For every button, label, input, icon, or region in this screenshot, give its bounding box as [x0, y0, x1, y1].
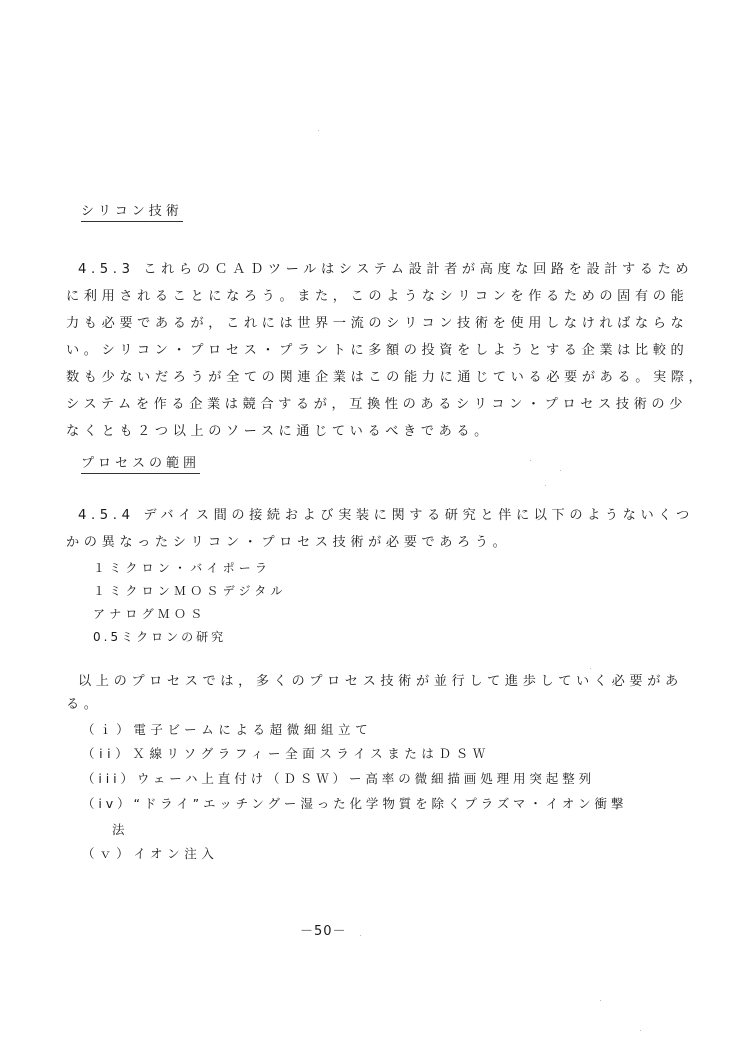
- list-marker: （ｉ）: [82, 722, 133, 737]
- list-marker: （ii）: [82, 746, 132, 761]
- technique-list-item: （iii）ウェーハ上直付け（ＤＳＷ）ー高率の微細描画処理用突起整列: [82, 771, 602, 787]
- technique-list-item: （iv）“ドライ”エッチングー湿った化学物質を除くプラズマ・イオン衝撃: [82, 796, 602, 812]
- process-list-item: １ミクロン・バイポーラ: [93, 560, 613, 576]
- technique-list-item: （ｖ）イオン注入: [82, 846, 602, 862]
- process-list-item: １ミクロンＭＯＳデジタル: [93, 583, 613, 599]
- technique-list-item: （ｉ）電子ビームによる超微細組立て: [82, 722, 602, 738]
- paragraph-line: に利用されることになろう。また，このようなシリコンを作るための固有の能: [66, 289, 586, 305]
- technique-list-item: （ii）Ｘ線リソグラフィー全面スライスまたはＤＳＷ: [82, 746, 602, 762]
- scan-noise: [530, 460, 531, 461]
- scan-noise: [600, 1000, 601, 1001]
- scan-noise: [545, 485, 546, 486]
- list-text: “ドライ”エッチングー湿った化学物質を除くプラズマ・イオン衝撃: [133, 796, 627, 811]
- list-text: ウェーハ上直付け（ＤＳＷ）ー高率の微細描画処理用突起整列: [137, 771, 595, 786]
- page-number: －50－: [300, 920, 347, 939]
- paragraph-line: 4.5.4 デバイス間の接続および実装に関する研究と伴に以下のようないくつ: [78, 508, 598, 524]
- list-marker: （ｖ）: [82, 846, 133, 861]
- list-marker: （iii）: [82, 771, 137, 786]
- paragraph-line: なくとも２つ以上のソースに通じているべきである。: [66, 424, 586, 440]
- paragraph-line: い。シリコン・プロセス・プラントに多額の投資をしようとする企業は比較的: [66, 343, 586, 359]
- paragraph-line: 以上のプロセスでは，多くのプロセス技術が並行して進歩していく必要があ: [78, 674, 598, 690]
- scan-noise: [560, 470, 561, 471]
- technique-list-continuation: 法: [112, 822, 632, 838]
- list-text: 電子ビームによる超微細組立て: [133, 722, 372, 737]
- paragraph-line: 数も少ないだろうが全ての関連企業はこの能力に通じている必要がある。実際，: [66, 370, 586, 386]
- scan-noise: [318, 130, 319, 131]
- list-marker: （iv）: [82, 796, 133, 811]
- section-heading-silicon-technology: シリコン技術: [81, 204, 183, 222]
- scan-noise: [360, 935, 361, 936]
- paragraph-line: 力も必要であるが，これには世界一流のシリコン技術を使用しなければならな: [66, 316, 586, 332]
- scan-noise: [590, 668, 591, 669]
- list-text: イオン注入: [133, 846, 218, 861]
- document-page: シリコン技術 4.5.3 これらのＣＡＤツールはシステム設計者が高度な回路を設計…: [0, 0, 750, 1054]
- paragraph-line: システムを作る企業は競合するが，互換性のあるシリコン・プロセス技術の少: [66, 397, 586, 413]
- section-heading-process-range: プロセスの範囲: [81, 456, 200, 474]
- scan-noise: [640, 1030, 641, 1031]
- process-list-item: 0.5ミクロンの研究: [93, 629, 613, 645]
- process-list-item: アナログＭＯＳ: [93, 606, 613, 622]
- paragraph-line: る。: [66, 697, 586, 713]
- paragraph-line: 4.5.3 これらのＣＡＤツールはシステム設計者が高度な回路を設計するため: [78, 262, 598, 278]
- list-text: Ｘ線リソグラフィー全面スライスまたはＤＳＷ: [132, 746, 489, 761]
- paragraph-line: かの異なったシリコン・プロセス技術が必要であろう。: [66, 535, 586, 551]
